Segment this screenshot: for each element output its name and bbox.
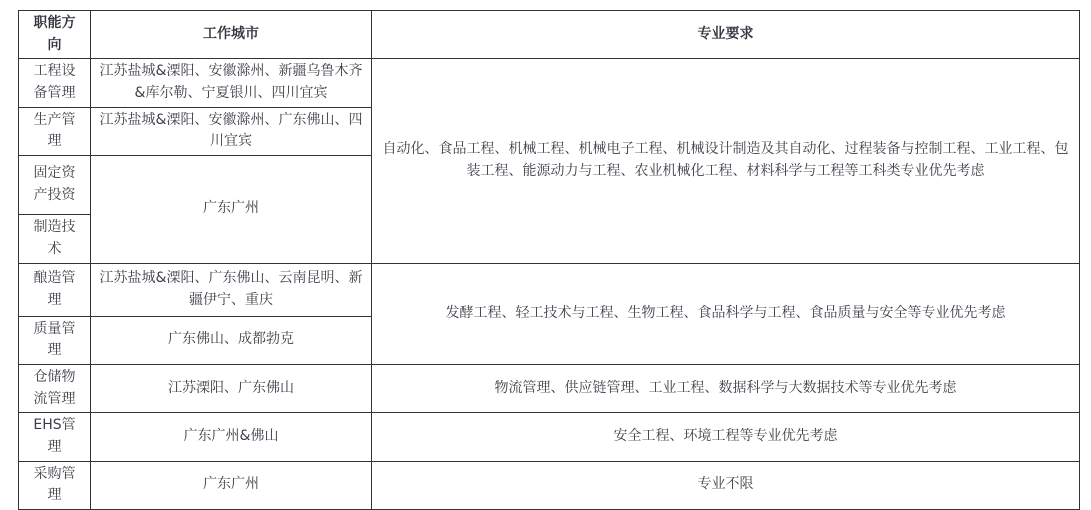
cell-majors-brewing-group: 发酵工程、轻工技术与工程、生物工程、食品科学与工程、食品质量与安全等专业优先考虑: [372, 263, 1080, 364]
header-cell-city: 工作城市: [91, 11, 372, 59]
cell-city-production: 江苏盐城&溧阳、安徽滁州、广东佛山、四川宜宾: [91, 107, 372, 155]
page: 职能方向 工作城市 专业要求 工程设备管理 江苏盐城&溧阳、安徽滁州、新疆乌鲁木…: [0, 0, 1091, 442]
cell-majors-ehs: 安全工程、环境工程等专业优先考虑: [372, 413, 1080, 461]
cell-city-quality: 广东佛山、成都勃克: [91, 316, 372, 364]
header-cell-major: 专业要求: [372, 11, 1080, 59]
cell-role-brewing: 酿造管理: [19, 263, 91, 316]
cell-role-engineering-equipment: 工程设备管理: [19, 59, 91, 107]
cell-city-asset-mfg-group: 广东广州: [91, 156, 372, 263]
table-row-ehs: EHS管理 广东广州&佛山 安全工程、环境工程等专业优先考虑: [19, 413, 1080, 461]
table-row-warehouse-logistics: 仓储物流管理 江苏溧阳、广东佛山 物流管理、供应链管理、工业工程、数据科学与大数…: [19, 364, 1080, 412]
cell-city-engineering-equipment: 江苏盐城&溧阳、安徽滁州、新疆乌鲁木齐&库尔勒、宁夏银川、四川宜宾: [91, 59, 372, 107]
cell-role-production: 生产管理: [19, 107, 91, 155]
cell-role-ehs: EHS管理: [19, 413, 91, 461]
table-row-brewing: 酿造管理 江苏盐城&溧阳、广东佛山、云南昆明、新疆伊宁、重庆 发酵工程、轻工技术…: [19, 263, 1080, 316]
table-row-procurement: 采购管理 广东广州 专业不限: [19, 461, 1080, 509]
header-row: 职能方向 工作城市 专业要求: [19, 11, 1080, 59]
cell-majors-procurement: 专业不限: [372, 461, 1080, 509]
cell-city-procurement: 广东广州: [91, 461, 372, 509]
job-positions-table: 职能方向 工作城市 专业要求 工程设备管理 江苏盐城&溧阳、安徽滁州、新疆乌鲁木…: [18, 10, 1080, 510]
cell-city-brewing: 江苏盐城&溧阳、广东佛山、云南昆明、新疆伊宁、重庆: [91, 263, 372, 316]
cell-role-procurement: 采购管理: [19, 461, 91, 509]
cell-majors-warehouse-logistics: 物流管理、供应链管理、工业工程、数据科学与大数据技术等专业优先考虑: [372, 364, 1080, 412]
cell-role-fixed-asset-investment: 固定资产投资: [19, 156, 91, 215]
cell-role-quality: 质量管理: [19, 316, 91, 364]
cell-role-warehouse-logistics: 仓储物流管理: [19, 364, 91, 412]
cell-city-warehouse-logistics: 江苏溧阳、广东佛山: [91, 364, 372, 412]
cell-role-manufacturing-technology: 制造技术: [19, 215, 91, 263]
header-cell-function: 职能方向: [19, 11, 91, 59]
cell-majors-engineering-group: 自动化、食品工程、机械工程、机械电子工程、机械设计制造及其自动化、过程装备与控制…: [372, 59, 1080, 263]
table-row-engineering-equipment: 工程设备管理 江苏盐城&溧阳、安徽滁州、新疆乌鲁木齐&库尔勒、宁夏银川、四川宜宾…: [19, 59, 1080, 107]
cell-city-ehs: 广东广州&佛山: [91, 413, 372, 461]
